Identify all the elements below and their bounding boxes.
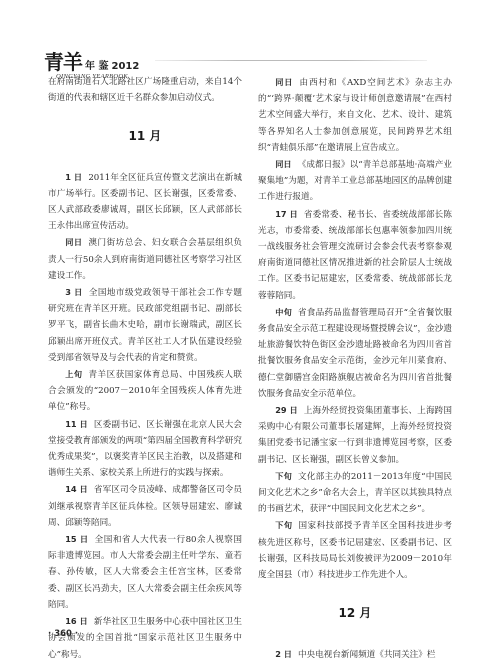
- entry-date: 同日: [65, 237, 82, 247]
- entry-text: 中央电视台新闻频道《共同关注》栏: [298, 650, 436, 660]
- entry: 中旬省食品药品监督管理局召开“全省餐饮服务食品安全示范工程建设现场暨授牌会议”，…: [258, 304, 452, 402]
- entry: 29 日上海外经贸投资集团董事长、上海跨国采购中心有限公司董事长屠建辉，上海外经…: [258, 402, 452, 468]
- page-number: · 360 ·: [48, 629, 78, 639]
- logo-title: 年 鉴: [85, 57, 108, 72]
- entry: 下旬文化部主办的2011－2013年度“中国民间文化艺术之乡”命名大会上，青羊区…: [258, 468, 452, 518]
- entry: 上旬青羊区获国家体育总局、中国残疾人联合会颁发的“2007－2010年全国残疾人…: [48, 366, 242, 416]
- entry: 3 日全国地市级党政领导干部社会工作专题研究班在青羊区开班。民政部党组副书记、副…: [48, 284, 242, 366]
- entry-date: 同日: [275, 77, 293, 87]
- logo-year: 2012: [111, 61, 139, 72]
- entry-date: 11 日: [65, 419, 88, 429]
- logo-mark: 青羊: [44, 46, 82, 75]
- month-heading-november: 11 月: [48, 128, 242, 144]
- entry-date: 29 日: [275, 405, 298, 415]
- entry: 下旬国家科技部授予青羊区全国科技进步考核先进区称号，区委书记屈建宏、区委副书记、…: [258, 517, 452, 583]
- yearbook-logo: 青羊 年 鉴 2012: [44, 46, 139, 75]
- entry-date: 下旬: [275, 471, 292, 481]
- entry: 同日由西村和《AXD空间艺术》杂志主办的“‘跨界·颠覆’艺术家与设计师创意邀请展…: [258, 74, 452, 156]
- entry-date: 同日: [275, 159, 292, 169]
- entry: 11 日区委副书记、区长谢强在北京人民大会堂接受教育部颁发的两项“第四届全国教育…: [48, 416, 242, 482]
- header-divider: [155, 60, 427, 61]
- entry-text: 由西村和《AXD空间艺术》杂志主办的“‘跨界·颠覆’艺术家与设计师创意邀请展”在…: [258, 78, 452, 153]
- entry-date: 1 日: [65, 172, 82, 182]
- entry-date: 16 日: [65, 616, 88, 626]
- entry: 同日澳门街坊总会、妇女联合会基层组织负责人一行50余人到府南街道同德社区考察学习…: [48, 234, 242, 284]
- entry-date: 下旬: [275, 520, 292, 530]
- right-column: 同日由西村和《AXD空间艺术》杂志主办的“‘跨界·颠覆’艺术家与设计师创意邀请展…: [258, 74, 452, 663]
- entry-date: 15 日: [65, 534, 88, 544]
- entry: 17 日省委常委、秘书长、省委统战部部长陈光志，市委常委、统战部部长包惠率领参加…: [258, 206, 452, 304]
- entry: 14 日省军区司令员凌峰、成都警备区司令员刘继承视察青羊区征兵体检。区领导屈建宏…: [48, 481, 242, 531]
- entry-text: 全国地市级党政领导干部社会工作专题研究班在青羊区开班。民政部党组副书记、副部长罗…: [48, 288, 242, 363]
- entry-text: 全国和省人大代表一行80余人视察国际非遗博览园。市人大常委会副主任叶学东、童若春…: [48, 535, 242, 610]
- continued-paragraph: 在府南街道石人北路社区广场隆重启动，来自14个街道的代表和辖区近千名群众参加启动…: [48, 74, 242, 106]
- entry: 同日《成都日报》以“青羊总部基地·高端产业聚集地”为题，对青羊工业总部基地园区的…: [258, 156, 452, 206]
- entry-date: 3 日: [65, 287, 83, 297]
- entry: 1 日2011年全区征兵宣传暨文艺演出在新城市广场举行。区委副书记、区长谢强，区…: [48, 169, 242, 235]
- month-heading-december: 12 月: [258, 605, 452, 621]
- entry-date: 14 日: [65, 484, 88, 494]
- entry-date: 中旬: [275, 307, 292, 317]
- entry-text: 省委常委、秘书长、省委统战部部长陈光志，市委常委、统战部部长包惠率领参加四川统一…: [258, 210, 452, 301]
- entry-date: 2 日: [275, 649, 292, 659]
- entry-text: 国家科技部授予青羊区全国科技进步考核先进区称号，区委书记屈建宏、区委副书记、区长…: [258, 521, 452, 580]
- entry-text: 省食品药品监督管理局召开“全省餐饮服务食品安全示范工程建设现场暨授牌会议”，金沙…: [258, 308, 452, 399]
- entry: 2 日中央电视台新闻频道《共同关注》栏: [258, 646, 452, 663]
- entry: 15 日全国和省人大代表一行80余人视察国际非遗博览园。市人大常委会副主任叶学东…: [48, 531, 242, 613]
- entry-date: 17 日: [275, 209, 298, 219]
- entry-date: 上旬: [65, 369, 82, 379]
- left-column: 在府南街道石人北路社区广场隆重启动，来自14个街道的代表和辖区近千名群众参加启动…: [48, 74, 242, 663]
